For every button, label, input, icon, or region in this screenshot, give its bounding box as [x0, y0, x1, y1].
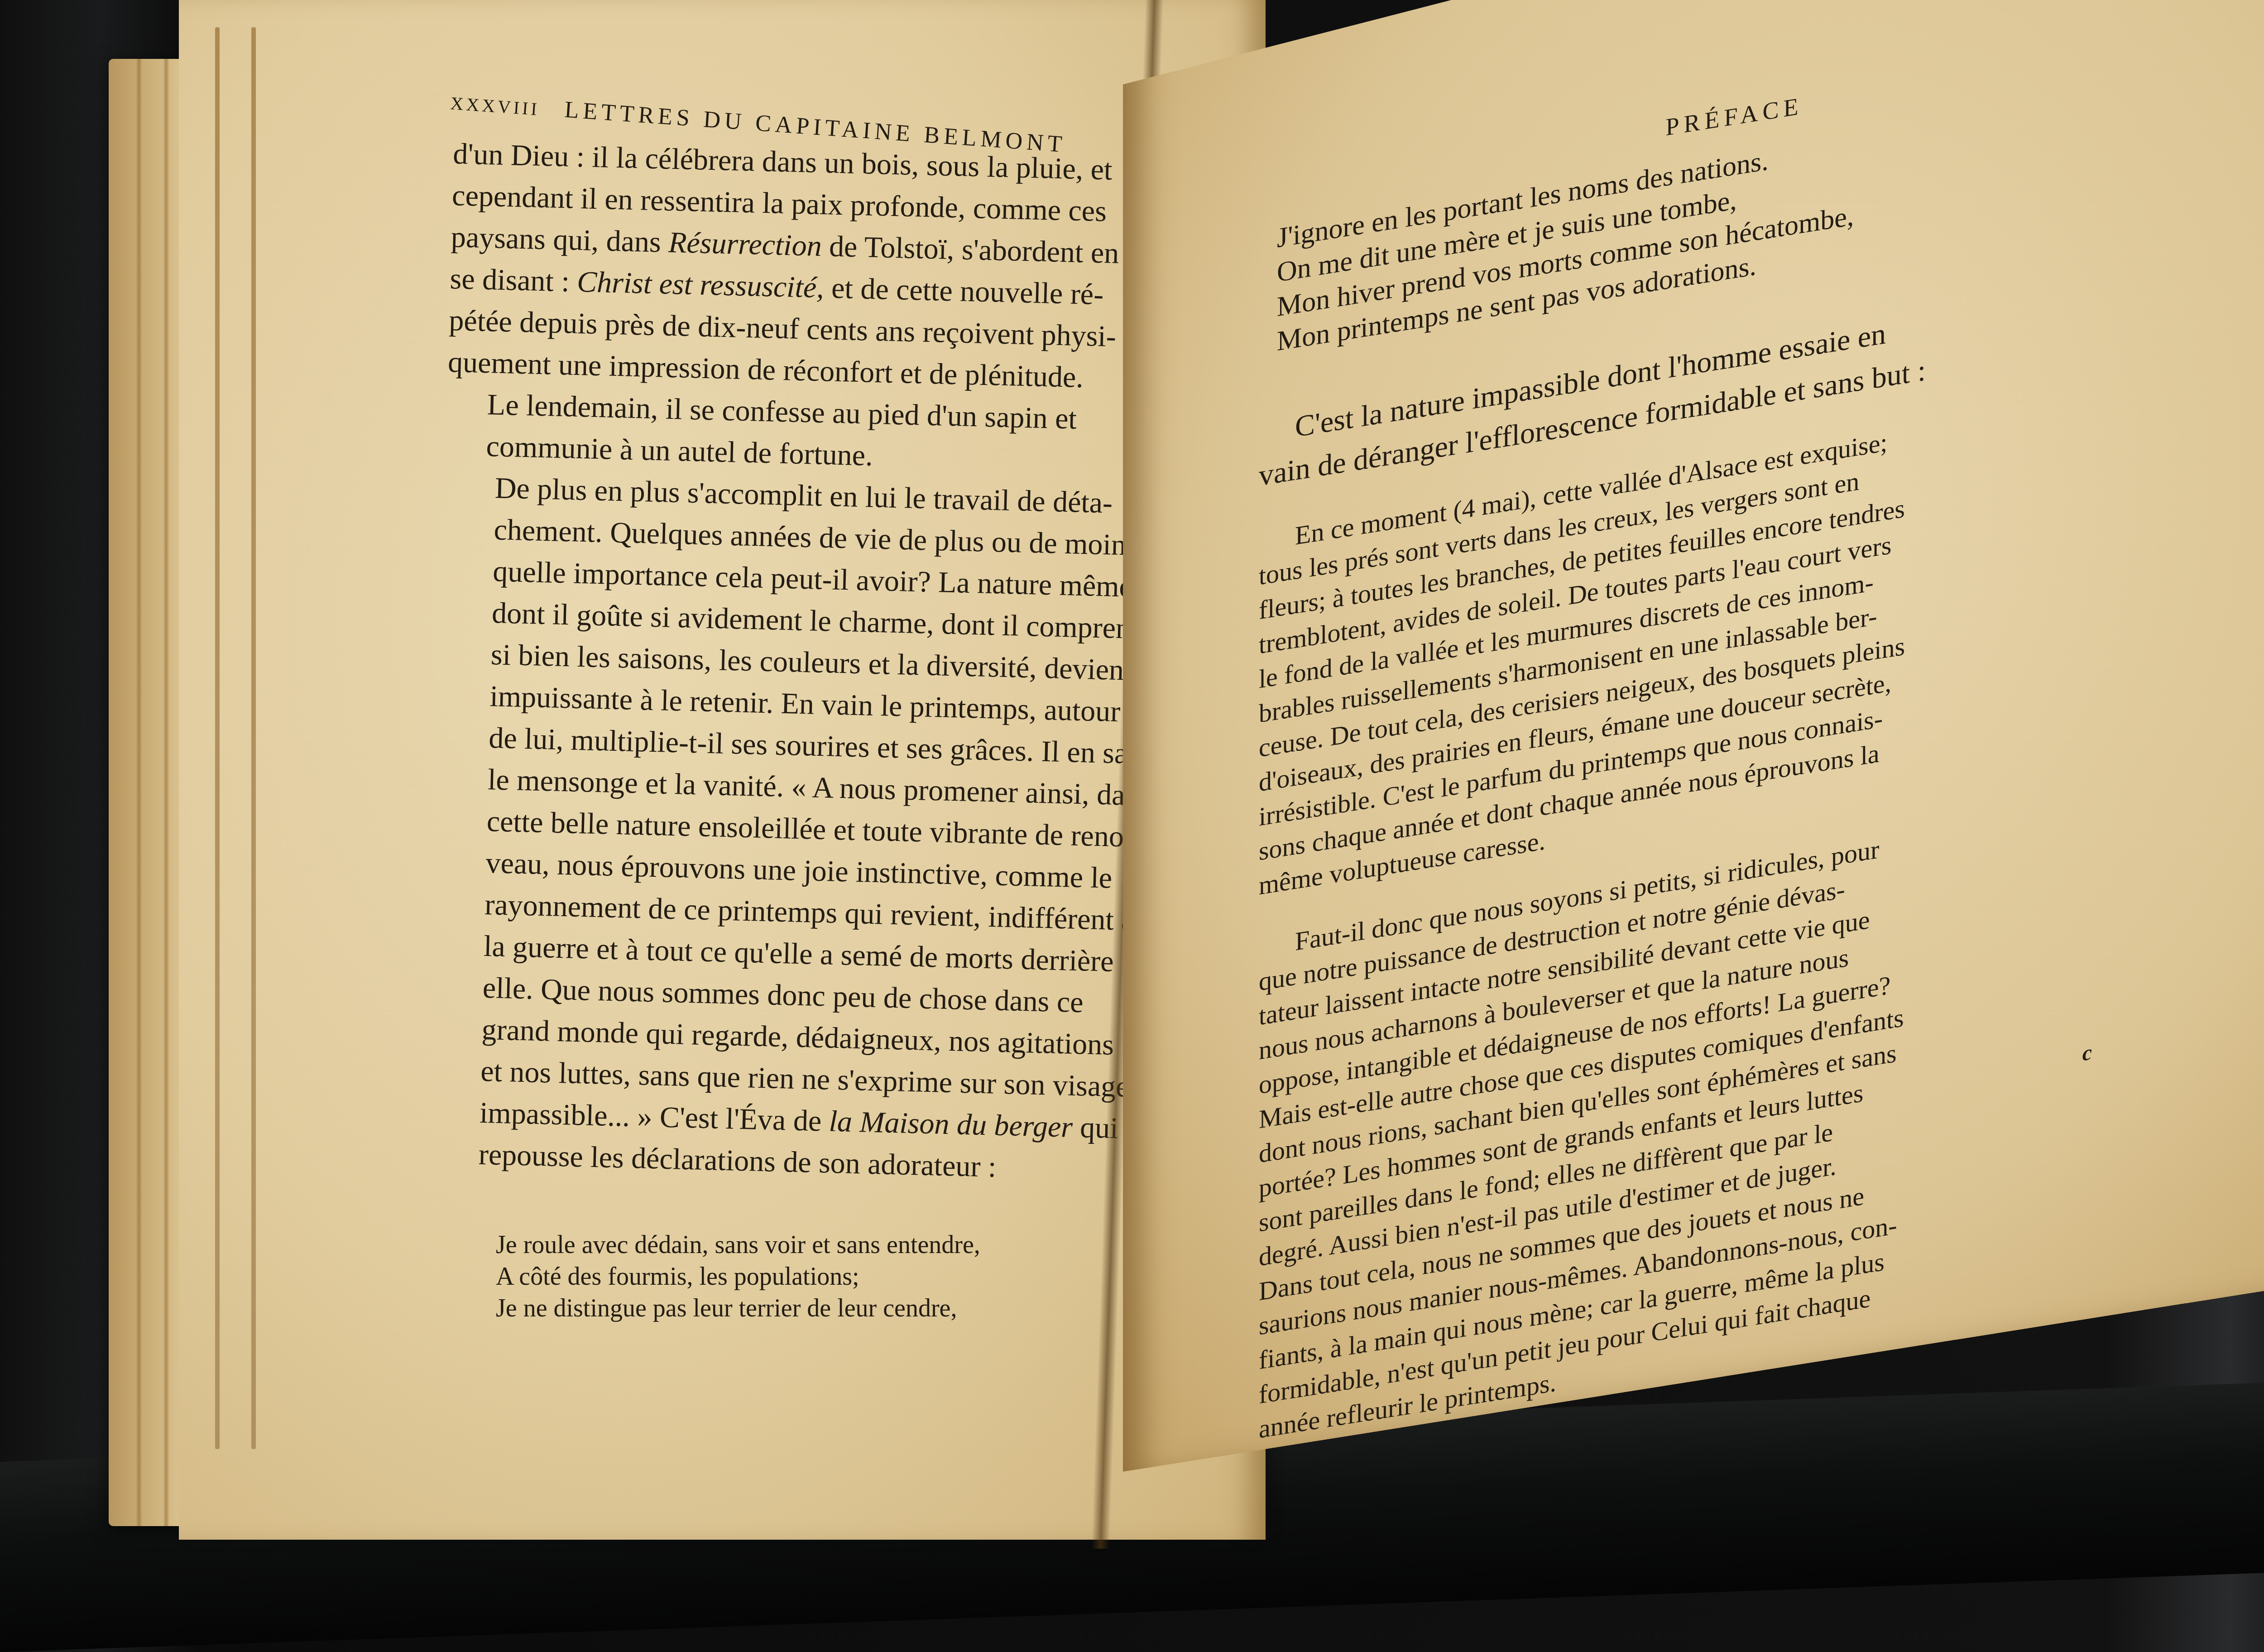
- page-edge-stain: [163, 59, 169, 1526]
- page-number: XXXVIII: [450, 92, 540, 120]
- right-prose: C'est la nature impassible dont l'homme …: [1259, 246, 2264, 1472]
- page-edge-stain: [215, 27, 220, 1449]
- page-edge-stain: [251, 27, 256, 1449]
- photo-scene: XXXVIII LETTRES DU CAPITAINE BELMONT d'u…: [0, 0, 2264, 1652]
- right-page: XXXIX PRÉFACE J'ignore en les portant le…: [1123, 0, 2264, 1472]
- page-edge-stain: [136, 59, 142, 1526]
- right-page-content: PRÉFACE J'ignore en les portant les noms…: [1259, 13, 2264, 1472]
- signature-mark: c: [2082, 1040, 2092, 1066]
